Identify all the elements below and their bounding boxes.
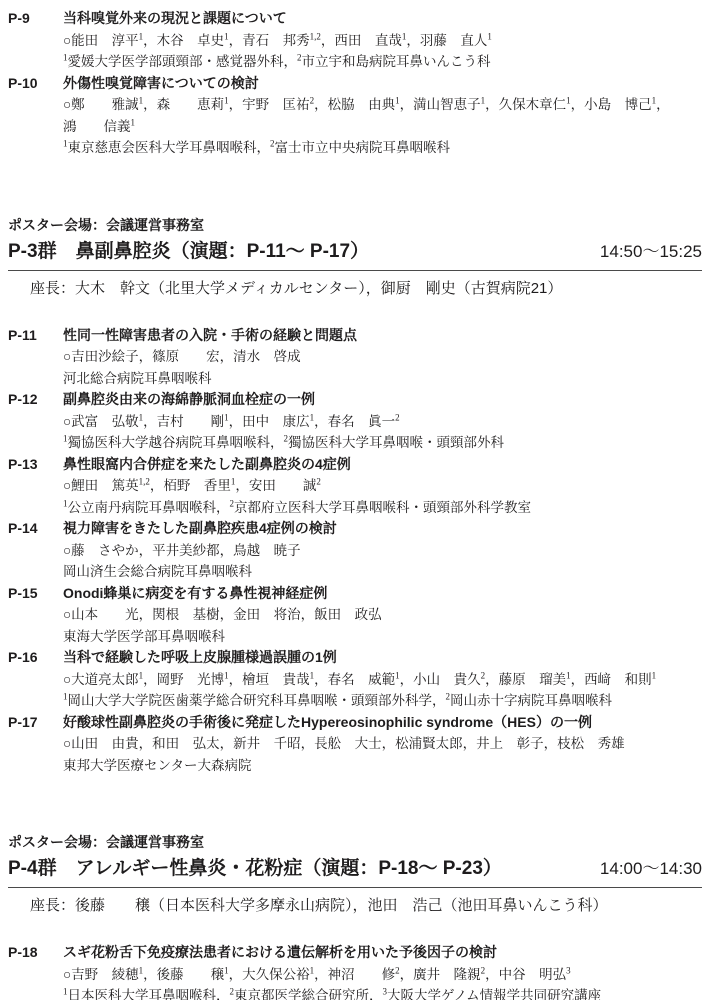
- presentation-title: 当科で経験した呼吸上皮腺腫様過誤腫の1例: [63, 647, 702, 669]
- affiliation-superscript: 1: [139, 670, 144, 680]
- affiliation-superscript: 1: [63, 434, 68, 444]
- presentation-title: 外傷性嗅覚障害についての検討: [63, 73, 702, 95]
- affiliation-superscript: 2: [284, 434, 289, 444]
- affiliation-superscript: 2: [270, 139, 275, 149]
- entry-list-top: P-9 当科嗅覚外来の現況と課題について ○能田 淳平1，木谷 卓史1，青石 邦…: [8, 8, 702, 159]
- presentation-number: P-10: [8, 73, 63, 159]
- affiliation-superscript: 3: [566, 965, 571, 975]
- venue-label: ポスター会場：会議運営事務室: [8, 215, 702, 236]
- authors-line: ○鄭 雅誠1，森 恵莉1，宇野 匡祐2，松脇 由典1，満山智恵子1，久保木章仁1…: [63, 94, 702, 116]
- affiliation-superscript: 1: [395, 670, 400, 680]
- group-title: P-3群 鼻副鼻腔炎（演題：P-11～ P-17）: [8, 239, 369, 264]
- affiliation-superscript: 2: [230, 498, 235, 508]
- affiliation-superscript: 2: [446, 692, 451, 702]
- group-time: 14:00～14:30: [600, 856, 702, 881]
- presentation-content: 性同一性障害患者の入院・手術の経験と問題点 ○吉田沙絵子，篠原 宏，清水 啓成河…: [63, 325, 702, 390]
- affiliation-superscript: 1,2: [310, 31, 321, 41]
- presentation-content: 当科嗅覚外来の現況と課題について ○能田 淳平1，木谷 卓史1，青石 邦秀1,2…: [63, 8, 702, 73]
- affiliation-superscript: 2: [297, 53, 302, 63]
- affiliation-superscript: 1: [139, 412, 144, 422]
- presentation-title: 鼻性眼窩内合併症を来たした副鼻腔炎の4症例: [63, 454, 702, 476]
- presentation-number: P-9: [8, 8, 63, 73]
- affiliation-superscript: 1,2: [139, 477, 150, 487]
- presentation-number: P-17: [8, 712, 63, 777]
- affiliation-line: 岡山済生会総合病院耳鼻咽喉科: [63, 561, 702, 583]
- affiliation-line: 河北総合病院耳鼻咽喉科: [63, 368, 702, 390]
- affiliation-superscript: 1: [481, 96, 486, 106]
- presentation-entry: P-9 当科嗅覚外来の現況と課題について ○能田 淳平1，木谷 卓史1，青石 邦…: [8, 8, 702, 73]
- affiliation-superscript: 3: [383, 987, 388, 997]
- authors-line: ○能田 淳平1，木谷 卓史1，青石 邦秀1,2，西田 直哉1，羽藤 直人1: [63, 30, 702, 52]
- authors-line: ○山田 由貴，和田 弘太，新井 千昭，長舩 大士，松浦賢太郎，井上 彰子，枝松 …: [63, 733, 702, 755]
- affiliation-line: 1岡山大学大学院医歯薬学総合研究科耳鼻咽喉・頭頸部外科学，2岡山赤十字病院耳鼻咽…: [63, 690, 702, 712]
- affiliation-superscript: 1: [487, 31, 492, 41]
- presentation-entry: P-11 性同一性障害患者の入院・手術の経験と問題点 ○吉田沙絵子，篠原 宏，清…: [8, 325, 702, 390]
- entry-list: P-18 スギ花粉舌下免疫療法患者における遺伝解析を用いた予後因子の検討 ○吉野…: [8, 942, 702, 1000]
- authors-line: ○鯉田 篤英1,2，栢野 香里1，安田 誠2: [63, 475, 702, 497]
- authors-line: ○山本 光，関根 基樹，金田 将治，飯田 政弘: [63, 604, 702, 626]
- entry-list: P-11 性同一性障害患者の入院・手術の経験と問題点 ○吉田沙絵子，篠原 宏，清…: [8, 325, 702, 777]
- affiliation-superscript: 1: [652, 670, 657, 680]
- affiliation-superscript: 1: [310, 965, 315, 975]
- presentation-entry: P-14 視力障害をきたした副鼻腔疾患4症例の検討 ○藤 さやか，平井美紗都，鳥…: [8, 518, 702, 583]
- affiliation-superscript: 2: [316, 477, 321, 487]
- affiliation-superscript: 1: [395, 96, 400, 106]
- presentation-entry: P-17 好酸球性副鼻腔炎の手術後に発症したHypereosinophilic …: [8, 712, 702, 777]
- presentation-title: スギ花粉舌下免疫療法患者における遺伝解析を用いた予後因子の検討: [63, 942, 702, 964]
- authors-line: ○大道亮太郎1，岡野 光博1，檜垣 貴哉1，春名 威範1，小山 貴久2，藤原 瑠…: [63, 669, 702, 691]
- affiliation-superscript: 1: [310, 412, 315, 422]
- affiliation-superscript: 2: [395, 965, 400, 975]
- presentation-content: 副鼻腔炎由来の海綿静脈洞血栓症の一例 ○武富 弘敬1，吉村 剛1，田中 康広1，…: [63, 389, 702, 454]
- authors-line: ○武富 弘敬1，吉村 剛1，田中 康広1，春名 眞一2: [63, 411, 702, 433]
- presentation-number: P-15: [8, 583, 63, 648]
- affiliation-superscript: 1: [63, 53, 68, 63]
- presentation-title: 副鼻腔炎由来の海綿静脈洞血栓症の一例: [63, 389, 702, 411]
- presentation-content: Onodi蜂巣に病変を有する鼻性視神経症例 ○山本 光，関根 基樹，金田 将治，…: [63, 583, 702, 648]
- affiliation-superscript: 1: [652, 96, 657, 106]
- authors-line: 鴻 信義1: [63, 116, 702, 138]
- presentation-number: P-13: [8, 454, 63, 519]
- affiliation-superscript: 1: [231, 477, 236, 487]
- presentation-title: 性同一性障害患者の入院・手術の経験と問題点: [63, 325, 702, 347]
- affiliation-superscript: 1: [63, 692, 68, 702]
- presentation-title: 当科嗅覚外来の現況と課題について: [63, 8, 702, 30]
- presentation-entry: P-16 当科で経験した呼吸上皮腺腫様過誤腫の1例 ○大道亮太郎1，岡野 光博1…: [8, 647, 702, 712]
- affiliation-superscript: 1: [566, 670, 571, 680]
- presentation-number: P-11: [8, 325, 63, 390]
- authors-line: ○吉田沙絵子，篠原 宏，清水 啓成: [63, 346, 702, 368]
- affiliation-superscript: 2: [230, 987, 235, 997]
- affiliation-superscript: 1: [63, 987, 68, 997]
- affiliation-superscript: 1: [566, 96, 571, 106]
- group-time: 14:50～15:25: [600, 239, 702, 264]
- conference-program-page: P-9 当科嗅覚外来の現況と課題について ○能田 淳平1，木谷 卓史1，青石 邦…: [0, 0, 710, 1000]
- affiliation-line: 東邦大学医療センター大森病院: [63, 755, 702, 777]
- affiliation-superscript: 1: [131, 117, 136, 127]
- session-section: ポスター会場：会議運営事務室 P-4群 アレルギー性鼻炎・花粉症（演題：P-18…: [8, 832, 702, 1000]
- affiliation-superscript: 2: [481, 670, 486, 680]
- presentation-number: P-12: [8, 389, 63, 454]
- affiliation-line: 1公立南丹病院耳鼻咽喉科，2京都府立医科大学耳鼻咽喉科・頭頸部外科学教室: [63, 497, 702, 519]
- affiliation-superscript: 1: [63, 139, 68, 149]
- affiliation-superscript: 1: [63, 498, 68, 508]
- presentation-title: 視力障害をきたした副鼻腔疾患4症例の検討: [63, 518, 702, 540]
- session-sections: ポスター会場：会議運営事務室 P-3群 鼻副鼻腔炎（演題：P-11～ P-17）…: [8, 215, 702, 1000]
- venue-label: ポスター会場：会議運営事務室: [8, 832, 702, 853]
- affiliation-superscript: 1: [139, 965, 144, 975]
- affiliation-line: 1愛媛大学医学部頭頸部・感覚器外科，2市立宇和島病院耳鼻いんこう科: [63, 51, 702, 73]
- presentation-content: 鼻性眼窩内合併症を来たした副鼻腔炎の4症例 ○鯉田 篤英1,2，栢野 香里1，安…: [63, 454, 702, 519]
- affiliation-line: 1日本医科大学耳鼻咽喉科，2東京都医学総合研究所，3大阪大学ゲノム情報学共同研究…: [63, 985, 702, 1000]
- authors-line: ○藤 さやか，平井美紗都，鳥越 暁子: [63, 540, 702, 562]
- presentation-number: P-18: [8, 942, 63, 1000]
- presentation-content: 視力障害をきたした副鼻腔疾患4症例の検討 ○藤 さやか，平井美紗都，鳥越 暁子岡…: [63, 518, 702, 583]
- session-section: ポスター会場：会議運営事務室 P-3群 鼻副鼻腔炎（演題：P-11～ P-17）…: [8, 215, 702, 777]
- presentation-entry: P-10 外傷性嗅覚障害についての検討 ○鄭 雅誠1，森 恵莉1，宇野 匡祐2，…: [8, 73, 702, 159]
- affiliation-superscript: 1: [139, 96, 144, 106]
- chairs-line: 座長：後藤 穣（日本医科大学多摩永山病院），池田 浩己（池田耳鼻いんこう科）: [8, 895, 702, 916]
- presentation-title: Onodi蜂巣に病変を有する鼻性視神経症例: [63, 583, 702, 605]
- presentation-content: 好酸球性副鼻腔炎の手術後に発症したHypereosinophilic syndr…: [63, 712, 702, 777]
- affiliation-superscript: 1: [402, 31, 407, 41]
- presentation-entry: P-12 副鼻腔炎由来の海綿静脈洞血栓症の一例 ○武富 弘敬1，吉村 剛1，田中…: [8, 389, 702, 454]
- affiliation-line: 1東京慈恵会医科大学耳鼻咽喉科，2富士市立中央病院耳鼻咽喉科: [63, 137, 702, 159]
- presentation-entry: P-13 鼻性眼窩内合併症を来たした副鼻腔炎の4症例 ○鯉田 篤英1,2，栢野 …: [8, 454, 702, 519]
- affiliation-superscript: 2: [481, 965, 486, 975]
- affiliation-superscript: 1: [224, 96, 229, 106]
- presentation-content: スギ花粉舌下免疫療法患者における遺伝解析を用いた予後因子の検討 ○吉野 綾穂1，…: [63, 942, 702, 1000]
- presentation-entry: P-15 Onodi蜂巣に病変を有する鼻性視神経症例 ○山本 光，関根 基樹，金…: [8, 583, 702, 648]
- group-header: P-3群 鼻副鼻腔炎（演題：P-11～ P-17） 14:50～15:25: [8, 239, 702, 271]
- affiliation-line: 1獨協医科大学越谷病院耳鼻咽喉科，2獨協医科大学耳鼻咽喉・頭頸部外科: [63, 432, 702, 454]
- presentation-number: P-16: [8, 647, 63, 712]
- affiliation-line: 東海大学医学部耳鼻咽喉科: [63, 626, 702, 648]
- affiliation-superscript: 1: [139, 31, 144, 41]
- affiliation-superscript: 1: [224, 670, 229, 680]
- presentation-content: 外傷性嗅覚障害についての検討 ○鄭 雅誠1，森 恵莉1，宇野 匡祐2，松脇 由典…: [63, 73, 702, 159]
- presentation-title: 好酸球性副鼻腔炎の手術後に発症したHypereosinophilic syndr…: [63, 712, 702, 734]
- affiliation-superscript: 1: [310, 670, 315, 680]
- affiliation-superscript: 1: [224, 412, 229, 422]
- presentation-entry: P-18 スギ花粉舌下免疫療法患者における遺伝解析を用いた予後因子の検討 ○吉野…: [8, 942, 702, 1000]
- affiliation-superscript: 1: [224, 31, 229, 41]
- affiliation-superscript: 2: [395, 412, 400, 422]
- authors-line: ○吉野 綾穂1，後藤 穣1，大久保公裕1，神沼 修2，廣井 隆親2，中谷 明弘3: [63, 964, 702, 986]
- affiliation-superscript: 1: [224, 965, 229, 975]
- group-header: P-4群 アレルギー性鼻炎・花粉症（演題：P-18～ P-23） 14:00～1…: [8, 856, 702, 888]
- affiliation-superscript: 2: [310, 96, 315, 106]
- chairs-line: 座長：大木 幹文（北里大学メディカルセンター），御厨 剛史（古賀病院21）: [8, 278, 702, 299]
- presentation-content: 当科で経験した呼吸上皮腺腫様過誤腫の1例 ○大道亮太郎1，岡野 光博1，檜垣 貴…: [63, 647, 702, 712]
- group-title: P-4群 アレルギー性鼻炎・花粉症（演題：P-18～ P-23）: [8, 856, 502, 881]
- presentation-number: P-14: [8, 518, 63, 583]
